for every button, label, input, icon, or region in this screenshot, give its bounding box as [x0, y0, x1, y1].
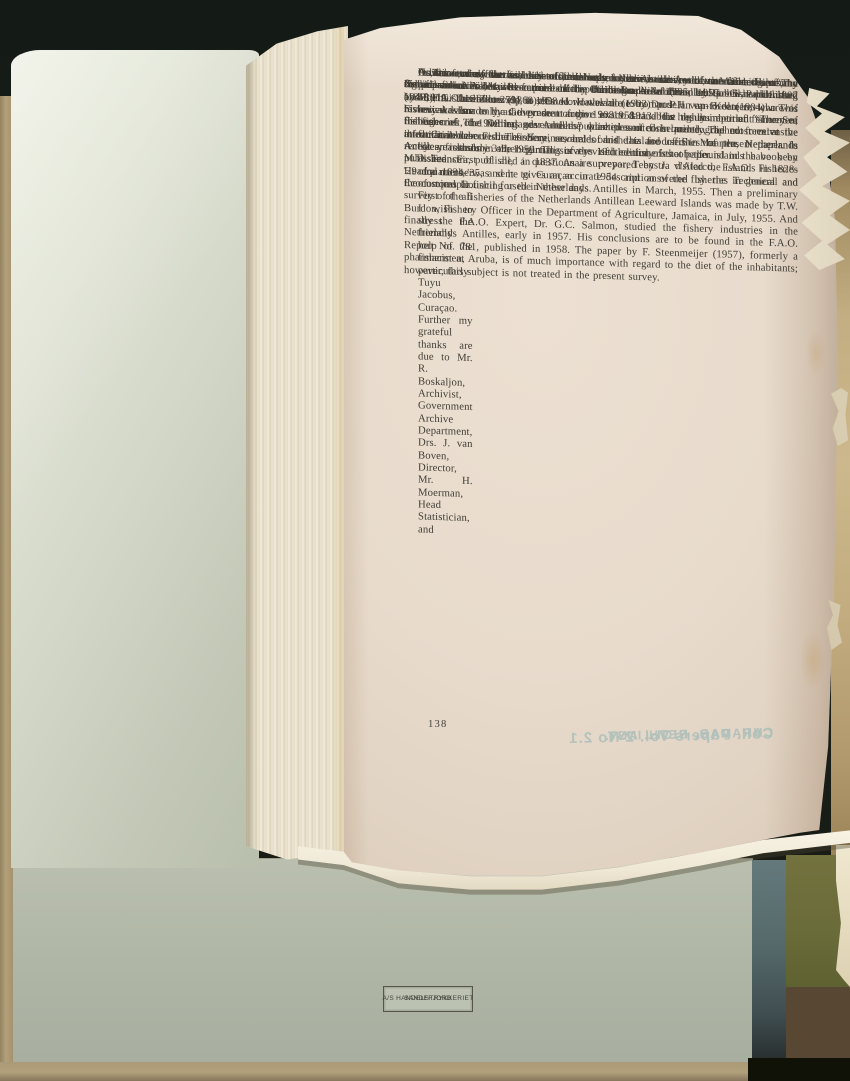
cover-block-dark: [748, 1058, 850, 1081]
cover-block-bluegray: [752, 860, 786, 1065]
printer-label-line2: SANDEFJORD: [404, 995, 452, 1003]
foxing-spot: [806, 330, 826, 376]
endpaper: [11, 858, 753, 1066]
book-photo: As a matter of fact visitors to the isla…: [0, 0, 850, 1081]
cover-block-brown: [786, 987, 850, 1063]
printer-label: A/S HANDELSTRYKKERIET SANDEFJORD: [383, 986, 473, 1012]
book-cover-edge-bottom: [0, 1062, 756, 1081]
text-page: As a matter of fact visitors to the isla…: [344, 12, 838, 908]
page-stack-fore-edge: [246, 26, 348, 908]
library-stamp-bleedthrough: CAR. MAR. BIOL. INST. CURAÇAO, NETH. ANT…: [545, 725, 773, 730]
page-text-block: As a matter of fact visitors to the isla…: [404, 66, 798, 78]
acknowledgement-text: The preparation of this review has been …: [418, 66, 473, 537]
foxing-spot: [814, 40, 850, 58]
page-number: 138: [428, 719, 448, 730]
stamp-line-volume: Coll. Papers Vol. 2 No 2.1: [568, 725, 773, 747]
foxing-spot: [800, 630, 826, 690]
flyleaf-blank-page: [11, 50, 259, 868]
